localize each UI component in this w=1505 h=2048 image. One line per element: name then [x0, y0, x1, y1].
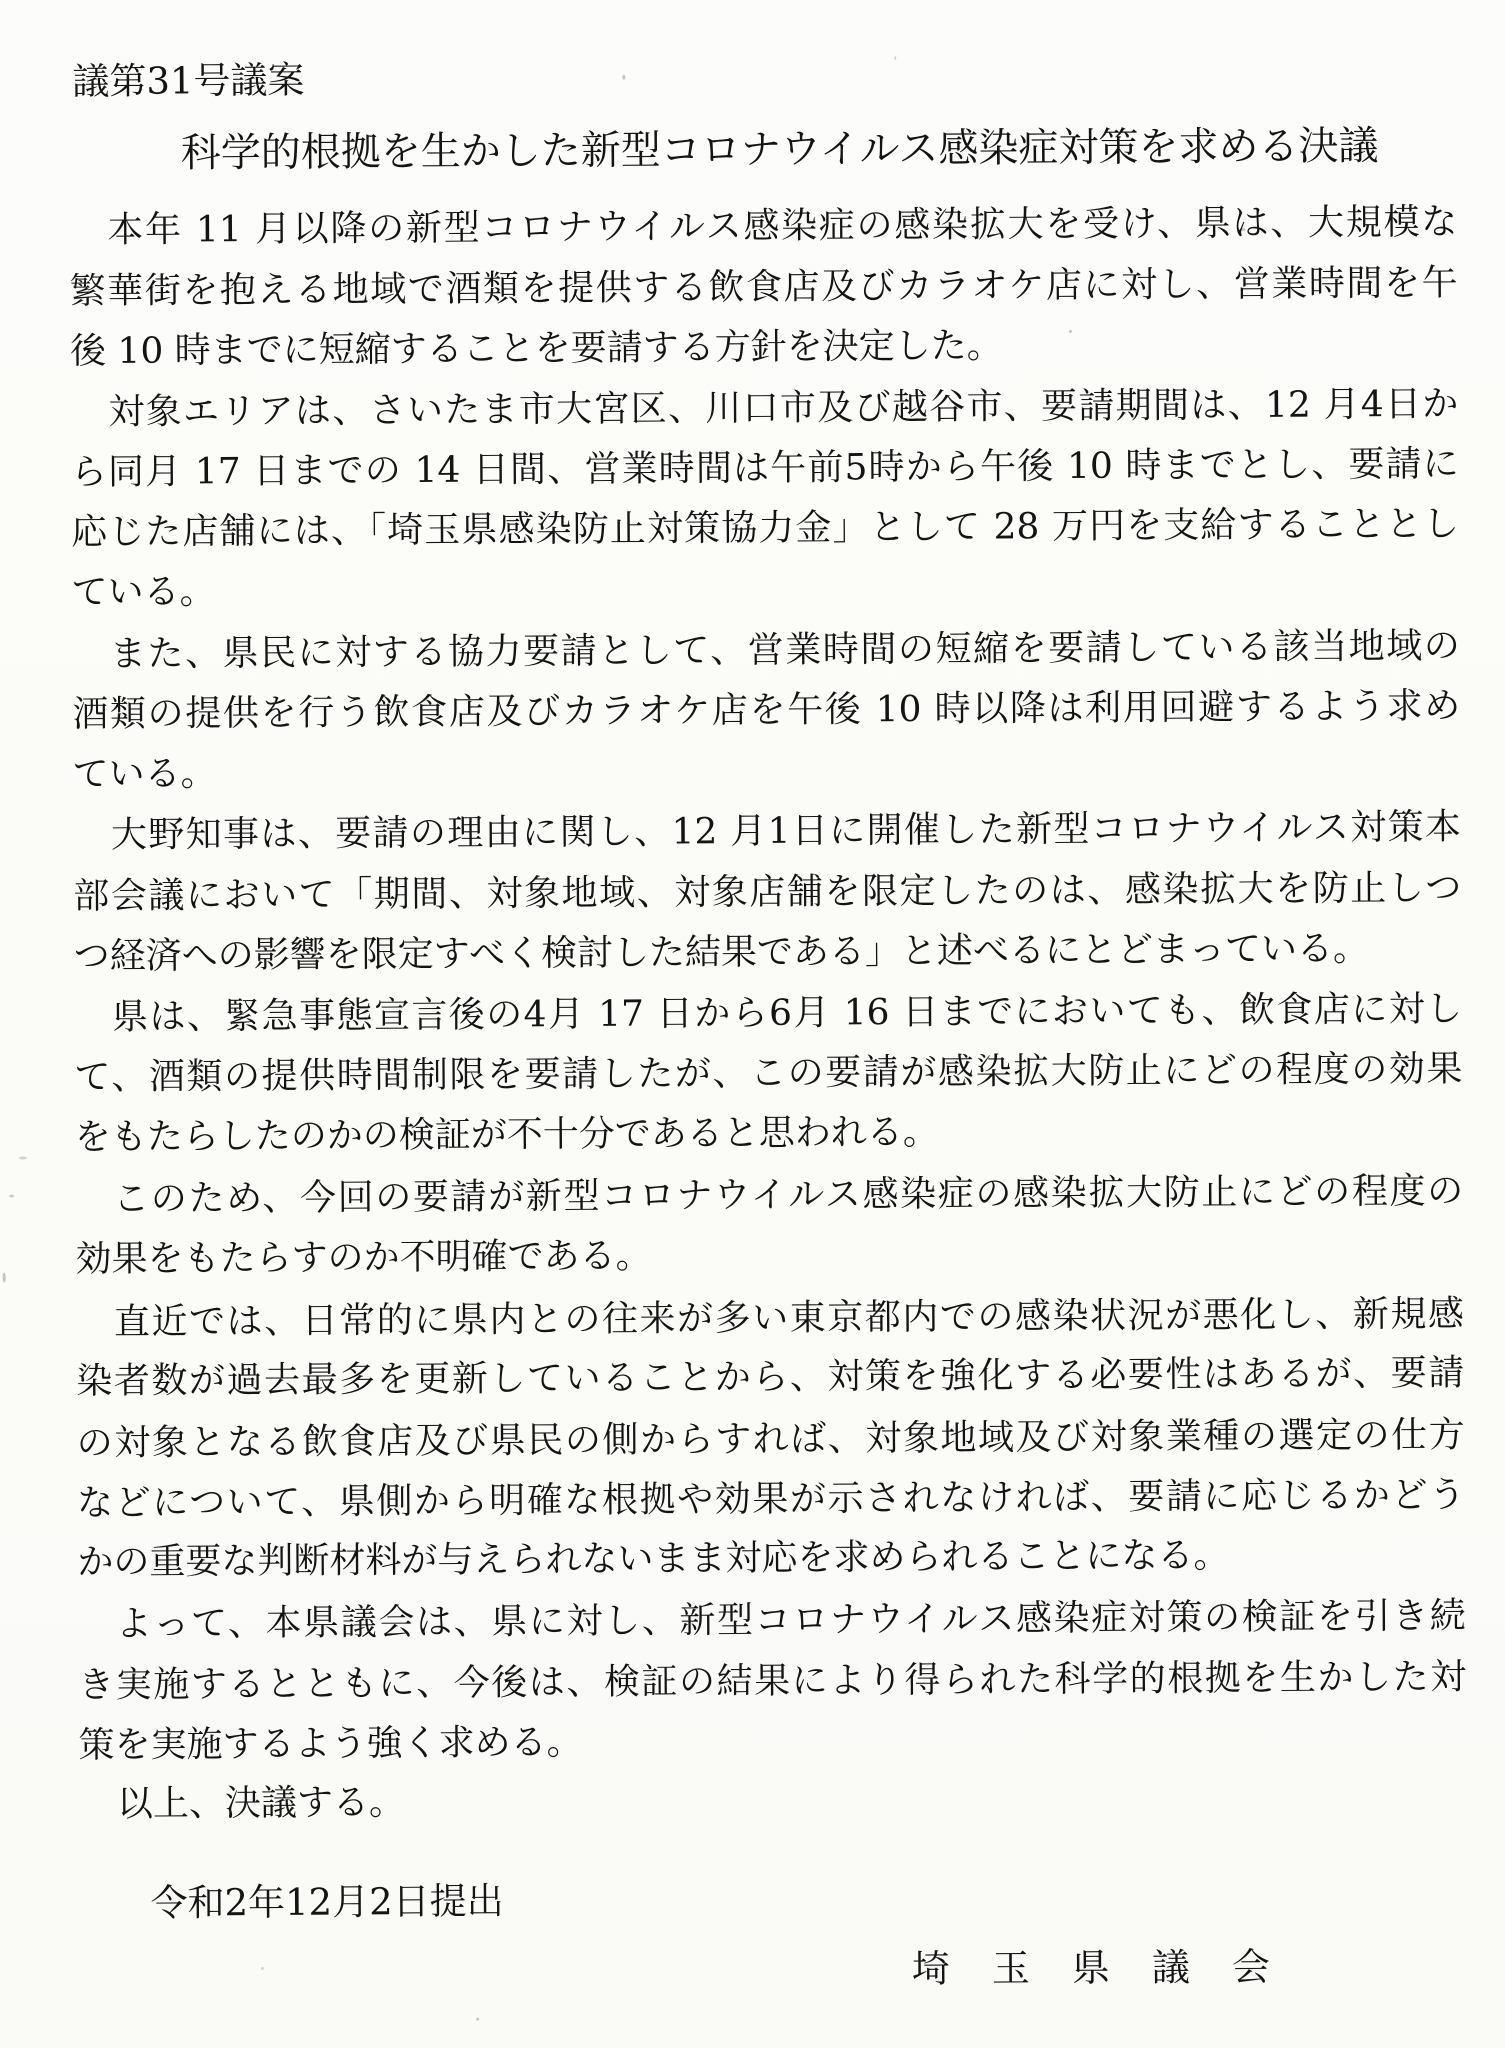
paragraph: よって、本県議会は、県に対し、新型コロナウイルス感染症対策の検証を引き続 き実施…: [0, 0, 1499, 5]
paragraph: 対象エリアは、さいたま市大宮区、川口市及び越谷市、要請期間は、12 月4日か ら…: [0, 0, 1499, 5]
text-line: かの重要な判断材料が与えられないまま対応を求められることになる。: [77, 1533, 1465, 1585]
scan-speckle: [1069, 330, 1072, 333]
bill-number: 議第31号議案: [72, 59, 304, 105]
text-line: 酒類の提供を行う飲食店及びカラオケ店を午後 10 時以降は利用回避するよう求め: [72, 685, 1460, 737]
paragraph: 大野知事は、要請の理由に関し、12 月1日に開催した新型コロナウイルス対策本 部…: [0, 0, 1499, 5]
text-line: 対象エリアは、さいたま市大宮区、川口市及び越谷市、要請期間は、12 月4日か: [70, 383, 1458, 435]
scan-speckle: [1437, 1002, 1440, 1005]
paragraph: 以上、決議する。: [0, 0, 1499, 5]
text-line: 以上、決議する。: [79, 1775, 1467, 1827]
scan-speckle: [894, 56, 896, 60]
paragraph: また、県民に対する協力要請として、営業時間の短縮を要請している該当地域の 酒類の…: [0, 0, 1499, 5]
text-line: の対象となる飲食店及び県民の側からすれば、対象地域及び対象業種の選定の仕方: [77, 1414, 1465, 1466]
scan-speckle: [622, 75, 625, 80]
text-line: 後 10 時までに短縮することを要請する方針を決定した。: [70, 322, 1458, 374]
text-line: このため、今回の要請が新型コロナウイルス感染症の感染拡大防止にどの程度の: [75, 1170, 1463, 1222]
text-line: 効果をもたらすのか不明確である。: [75, 1230, 1463, 1282]
document-title: 科学的根拠を生かした新型コロナウイルス感染症対策を求める決議: [181, 122, 1379, 177]
text-line: 繁華街を抱える地域で酒類を提供する飲食店及びカラオケ店に対し、営業時間を午: [70, 262, 1458, 314]
submission-date: 令和2年12月2日提出: [150, 1880, 503, 1927]
scan-speckle: [1241, 228, 1245, 231]
text-line: よって、本県議会は、県に対し、新型コロナウイルス感染症対策の検証を引き続: [78, 1595, 1466, 1647]
scan-speckle: [9, 1194, 14, 1197]
text-line: て、酒類の提供時間制限を要請したが、この要請が感染拡大防止にどの程度の効果: [74, 1048, 1462, 1100]
text-line: き実施するとともに、今後は、検証の結果により得られた科学的根拠を生かした対: [78, 1656, 1466, 1708]
paragraph: 本年 11 月以降の新型コロナウイルス感染症の感染拡大を受け、県は、大規模な 繁…: [0, 0, 1499, 5]
text-line: をもたらしたのかの検証が不十分であると思われる。: [75, 1108, 1463, 1160]
scanned-document-page: 議第31号議案 科学的根拠を生かした新型コロナウイルス感染症対策を求める決議 本…: [0, 0, 1505, 2048]
text-line: 染者数が過去最多を更新していることから、対策を強化する必要性はあるが、要請: [76, 1352, 1464, 1404]
text-line: 直近では、日常的に県内との往来が多い東京都内での感染状況が悪化し、新規感: [76, 1293, 1464, 1345]
paragraph: 県は、緊急事態宣言後の4月 17 日から6月 16 日までにおいても、飲食店に対…: [0, 0, 1499, 5]
text-line: 県は、緊急事態宣言後の4月 17 日から6月 16 日までにおいても、飲食店に対…: [74, 988, 1462, 1040]
text-line: 本年 11 月以降の新型コロナウイルス感染症の感染拡大を受け、県は、大規模な: [69, 201, 1457, 253]
text-line: 部会議において「期間、対象地域、対象店舗を限定したのは、感染拡大を防止しつ: [73, 867, 1461, 919]
document-sheet: 議第31号議案 科学的根拠を生かした新型コロナウイルス感染症対策を求める決議 本…: [0, 0, 1505, 2048]
text-line: ている。: [72, 745, 1460, 797]
text-line: ら同月 17 日までの 14 日間、営業時間は午前5時から午後 10 時までとし…: [71, 443, 1459, 495]
text-line: 策を実施するよう強く求める。: [78, 1716, 1466, 1768]
text-line: つ経済への影響を限定すべく検討した結果である」と述べるにとどまっている。: [74, 927, 1462, 979]
scan-speckle: [476, 2018, 479, 2021]
scan-speckle: [19, 1156, 27, 1159]
text-line: また、県民に対する協力要請として、営業時間の短縮を要請している該当地域の: [72, 625, 1460, 677]
text-line: などについて、県側から明確な根拠や効果が示されなければ、要請に応じるかどう: [77, 1474, 1465, 1526]
paragraph: このため、今回の要請が新型コロナウイルス感染症の感染拡大防止にどの程度の 効果を…: [0, 0, 1499, 5]
text-line: ている。: [71, 563, 1459, 615]
paragraph: 直近では、日常的に県内との往来が多い東京都内での感染状況が悪化し、新規感 染者数…: [0, 0, 1499, 5]
signature-saitama-prefectural-assembly: 埼 玉 県 議 会: [912, 1945, 1272, 1993]
text-line: 応じた店舗には、「埼玉県感染防止対策協力金」として 28 万円を支給することとし: [71, 503, 1459, 555]
scan-speckle: [261, 1967, 264, 1970]
text-line: 大野知事は、要請の理由に関し、12 月1日に開催した新型コロナウイルス対策本: [73, 806, 1461, 858]
scan-speckle: [3, 1273, 6, 1283]
